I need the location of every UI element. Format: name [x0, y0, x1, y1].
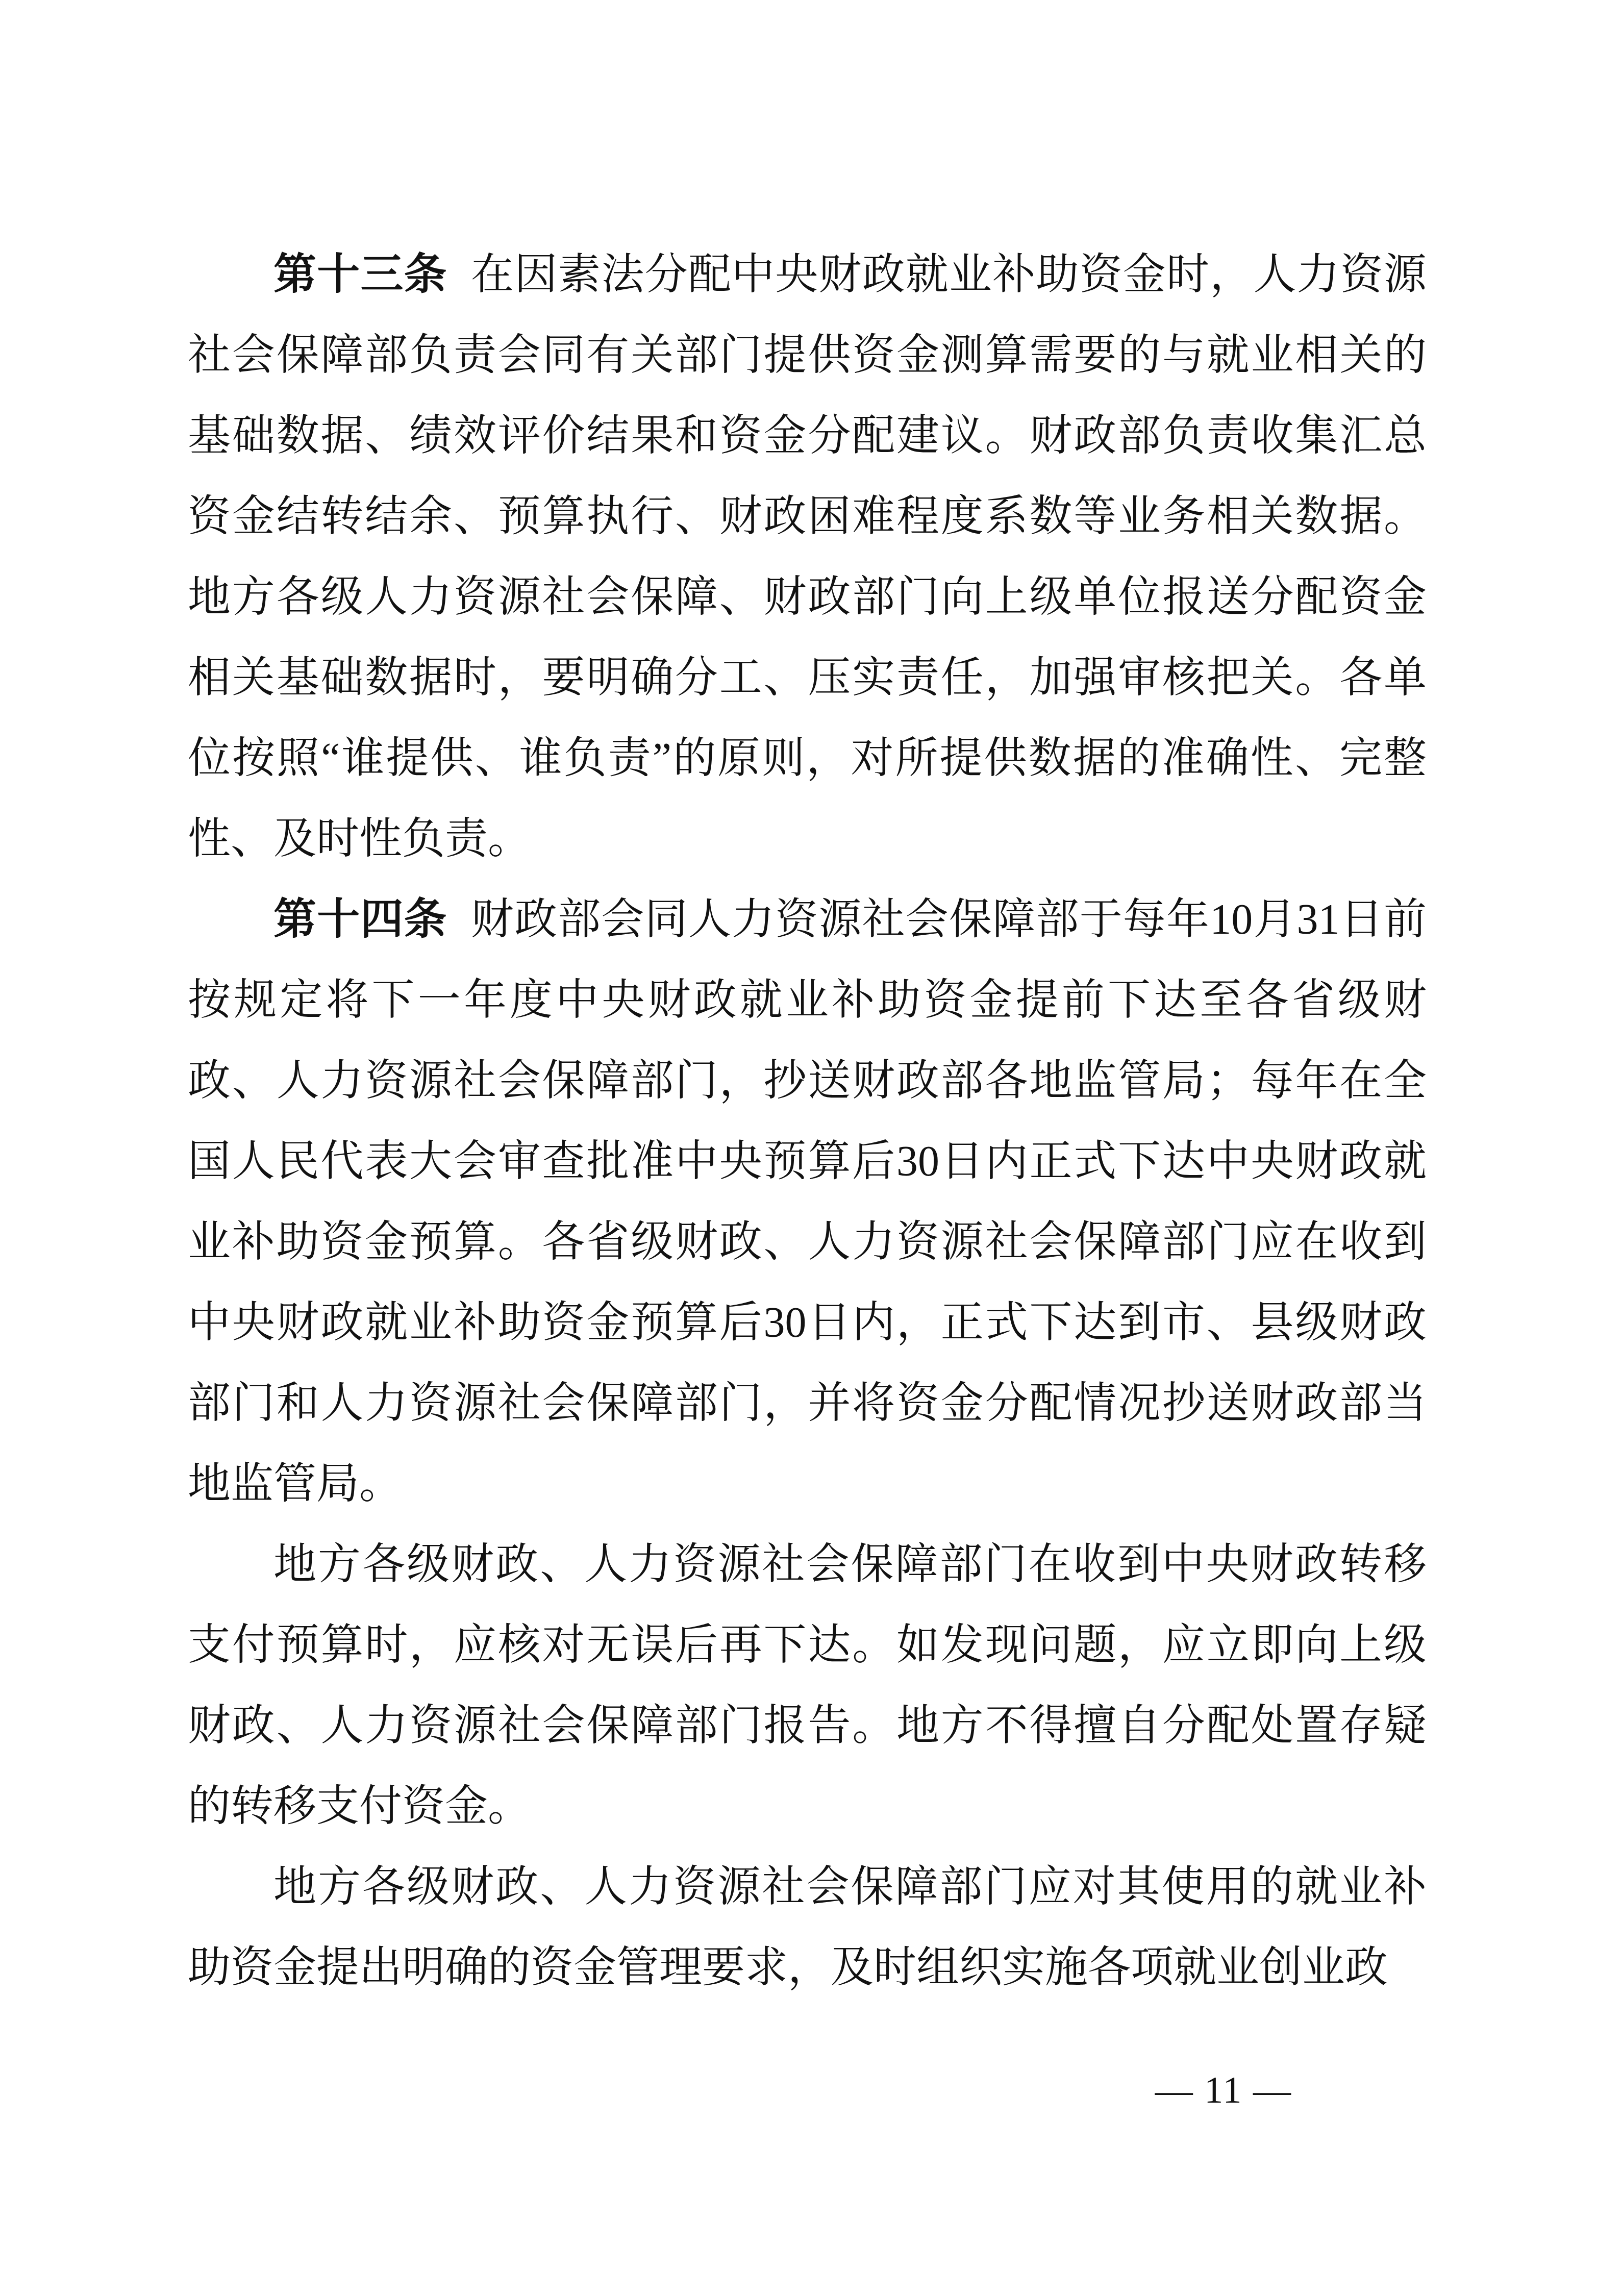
document-page: 第十三条在因素法分配中央财政就业补助资金时，人力资源社会保障部负责会同有关部门提…	[0, 0, 1597, 2296]
article-13-label: 第十三条	[273, 251, 447, 298]
article-14-label: 第十四条	[273, 896, 447, 943]
paragraph-article-14: 第十四条财政部会同人力资源社会保障部于每年10月31日前按规定将下一年度中央财政…	[188, 880, 1427, 1525]
article-13-text: 在因素法分配中央财政就业补助资金时，人力资源社会保障部负责会同有关部门提供资金测…	[188, 251, 1427, 863]
paragraph-local-verify-text: 地方各级财政、人力资源社会保障部门在收到中央财政转移支付预算时，应核对无误后再下…	[188, 1541, 1427, 1830]
paragraph-article-13: 第十三条在因素法分配中央财政就业补助资金时，人力资源社会保障部负责会同有关部门提…	[188, 235, 1427, 880]
document-body-text: 第十三条在因素法分配中央财政就业补助资金时，人力资源社会保障部负责会同有关部门提…	[188, 235, 1427, 2008]
paragraph-local-management-text: 地方各级财政、人力资源社会保障部门应对其使用的就业补助资金提出明确的资金管理要求…	[188, 1863, 1427, 1991]
paragraph-local-management: 地方各级财政、人力资源社会保障部门应对其使用的就业补助资金提出明确的资金管理要求…	[188, 1847, 1427, 2008]
paragraph-local-verify: 地方各级财政、人力资源社会保障部门在收到中央财政转移支付预算时，应核对无误后再下…	[188, 1525, 1427, 1847]
page-number: — 11 —	[1155, 2067, 1292, 2113]
article-14-text: 财政部会同人力资源社会保障部于每年10月31日前按规定将下一年度中央财政就业补助…	[188, 896, 1427, 1508]
